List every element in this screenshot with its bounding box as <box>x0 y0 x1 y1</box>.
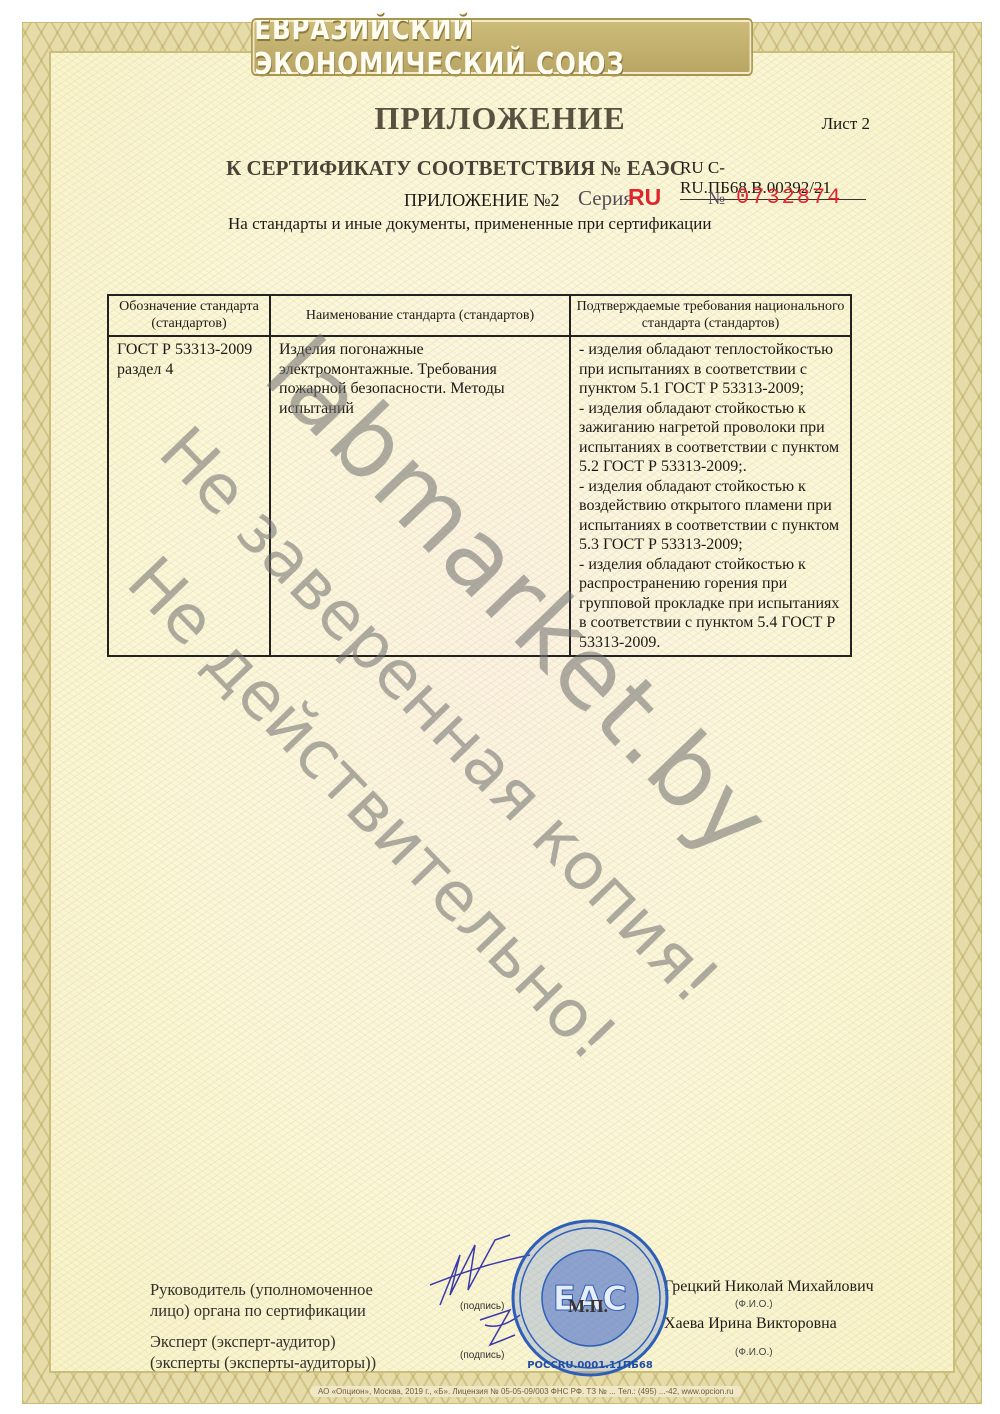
series-label: Серия <box>578 186 633 211</box>
expert-label: Эксперт (эксперт-аудитор) (эксперты (экс… <box>150 1331 376 1373</box>
appendix-label: ПРИЛОЖЕНИЕ №2 <box>404 190 560 211</box>
cell-name: Изделия погонажные электромонтажные. Тре… <box>270 336 570 656</box>
requirement-item: - изделия обладают стойкостью к зажигани… <box>579 399 842 477</box>
table-header-row: Обозначение стандарта (стандартов) Наиме… <box>108 295 851 336</box>
head-label: Руководитель (уполномоченное лицо) орган… <box>150 1279 373 1321</box>
standards-table: Обозначение стандарта (стандартов) Наиме… <box>107 294 852 657</box>
number-label: № <box>708 188 725 209</box>
column-header-name: Наименование стандарта (стандартов) <box>270 295 570 336</box>
head-signature-caption: (подпись) <box>460 1301 504 1312</box>
cell-requirements: - изделия обладают теплостойкостью при и… <box>570 336 851 656</box>
expert-label-line: Эксперт (эксперт-аудитор) <box>150 1331 376 1352</box>
stamp-bottom-text: РОССRU.0001.11ПБ68 <box>527 1360 653 1371</box>
requirement-item: - изделия обладают стойкостью к воздейст… <box>579 477 842 555</box>
expert-name: Хаева Ирина Викторовна <box>664 1315 837 1333</box>
head-label-line: лицо) органа по сертификации <box>150 1300 373 1321</box>
column-header-designation: Обозначение стандарта (стандартов) <box>108 295 270 336</box>
expert-label-line: (эксперты (эксперты-аудиторы)) <box>150 1352 376 1373</box>
table-row: ГОСТ Р 53313-2009 раздел 4 Изделия погон… <box>108 336 851 656</box>
sheet-body <box>49 51 955 1373</box>
union-banner: ЕВРАЗИЙСКИЙ ЭКОНОМИЧЕСКИЙ СОЮЗ <box>253 20 752 74</box>
requirement-item: - изделия обладают стойкостью к распрост… <box>579 555 842 653</box>
head-fio-caption: (Ф.И.О.) <box>735 1299 773 1310</box>
requirement-item: - изделия обладают теплостойкостью при и… <box>579 340 842 399</box>
expert-fio-caption: (Ф.И.О.) <box>735 1347 773 1358</box>
subtitle: На стандарты и иные документы, примененн… <box>228 214 711 234</box>
column-header-requirements: Подтверждаемые требования национального … <box>570 295 851 336</box>
cell-designation: ГОСТ Р 53313-2009 раздел 4 <box>108 336 270 656</box>
head-label-line: Руководитель (уполномоченное <box>150 1279 373 1300</box>
printer-imprint: АО «Опцион», Москва, 2019 г., «Б». Лицен… <box>310 1386 742 1397</box>
seal-caption: М.П. <box>568 1296 608 1317</box>
series-value: RU <box>628 184 661 211</box>
head-name: Грецкий Николай Михайлович <box>664 1278 874 1296</box>
form-number: 0732874 <box>736 185 842 210</box>
certificate-label: К СЕРТИФИКАТУ СООТВЕТСТВИЯ № ЕАЭС <box>226 156 685 181</box>
expert-signature-caption: (подпись) <box>460 1350 504 1361</box>
sheet-number: Лист 2 <box>822 114 870 134</box>
